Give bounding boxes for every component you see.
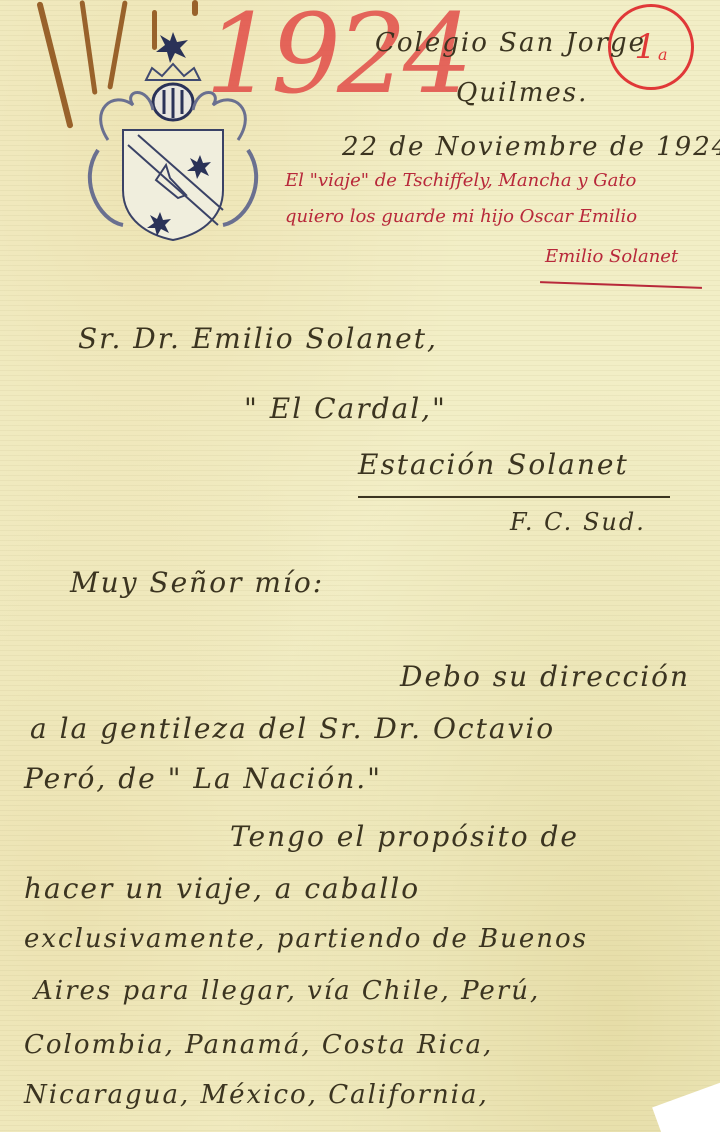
paragraph-2-line-4: Aires para llegar, vía Chile, Perú, [34, 976, 540, 1006]
ink-stain [192, 0, 198, 16]
paragraph-2-line-6: Nicaragua, México, California, [24, 1080, 489, 1110]
annotation-line-1: El "viaje" de Tschiffely, Mancha y Gato [285, 170, 636, 191]
header-city: Quilmes. [456, 78, 588, 108]
circled-suffix: a [658, 45, 668, 64]
address-name: Sr. Dr. Emilio Solanet, [78, 322, 438, 355]
header-date: 22 de Noviembre de 1924 [342, 132, 720, 162]
annotation-line-2: quiero los guarde mi hijo Oscar Emilio [285, 206, 637, 227]
address-estate: " El Cardal," [244, 392, 447, 425]
paragraph-1-line-2: a la gentileza del Sr. Dr. Octavio [30, 712, 555, 745]
address-railway: F. C. Sud. [510, 508, 646, 536]
crayon-year: 1924 [205, 0, 469, 118]
paragraph-1-line-1: Debo su dirección [400, 660, 690, 693]
station-underline [358, 496, 670, 498]
signature-underline [540, 281, 702, 289]
salutation: Muy Señor mío: [70, 566, 324, 599]
paragraph-2-line-5: Colombia, Panamá, Costa Rica, [24, 1030, 493, 1060]
paragraph-2-line-1: Tengo el propósito de [230, 820, 579, 853]
header-school: Colegio San Jorge [375, 28, 646, 58]
paragraph-2-line-3: exclusivamente, partiendo de Buenos [24, 924, 588, 954]
annotation-signature: Emilio Solanet [545, 246, 678, 267]
letter-page: 1924 1a Colegio San Jorge Quilmes. 22 de… [0, 0, 720, 1132]
paragraph-1-line-3: Peró, de " La Nación." [24, 762, 382, 795]
paragraph-2-line-2: hacer un viaje, a caballo [24, 872, 420, 905]
address-station: Estación Solanet [358, 448, 629, 481]
ink-stain [36, 1, 73, 129]
